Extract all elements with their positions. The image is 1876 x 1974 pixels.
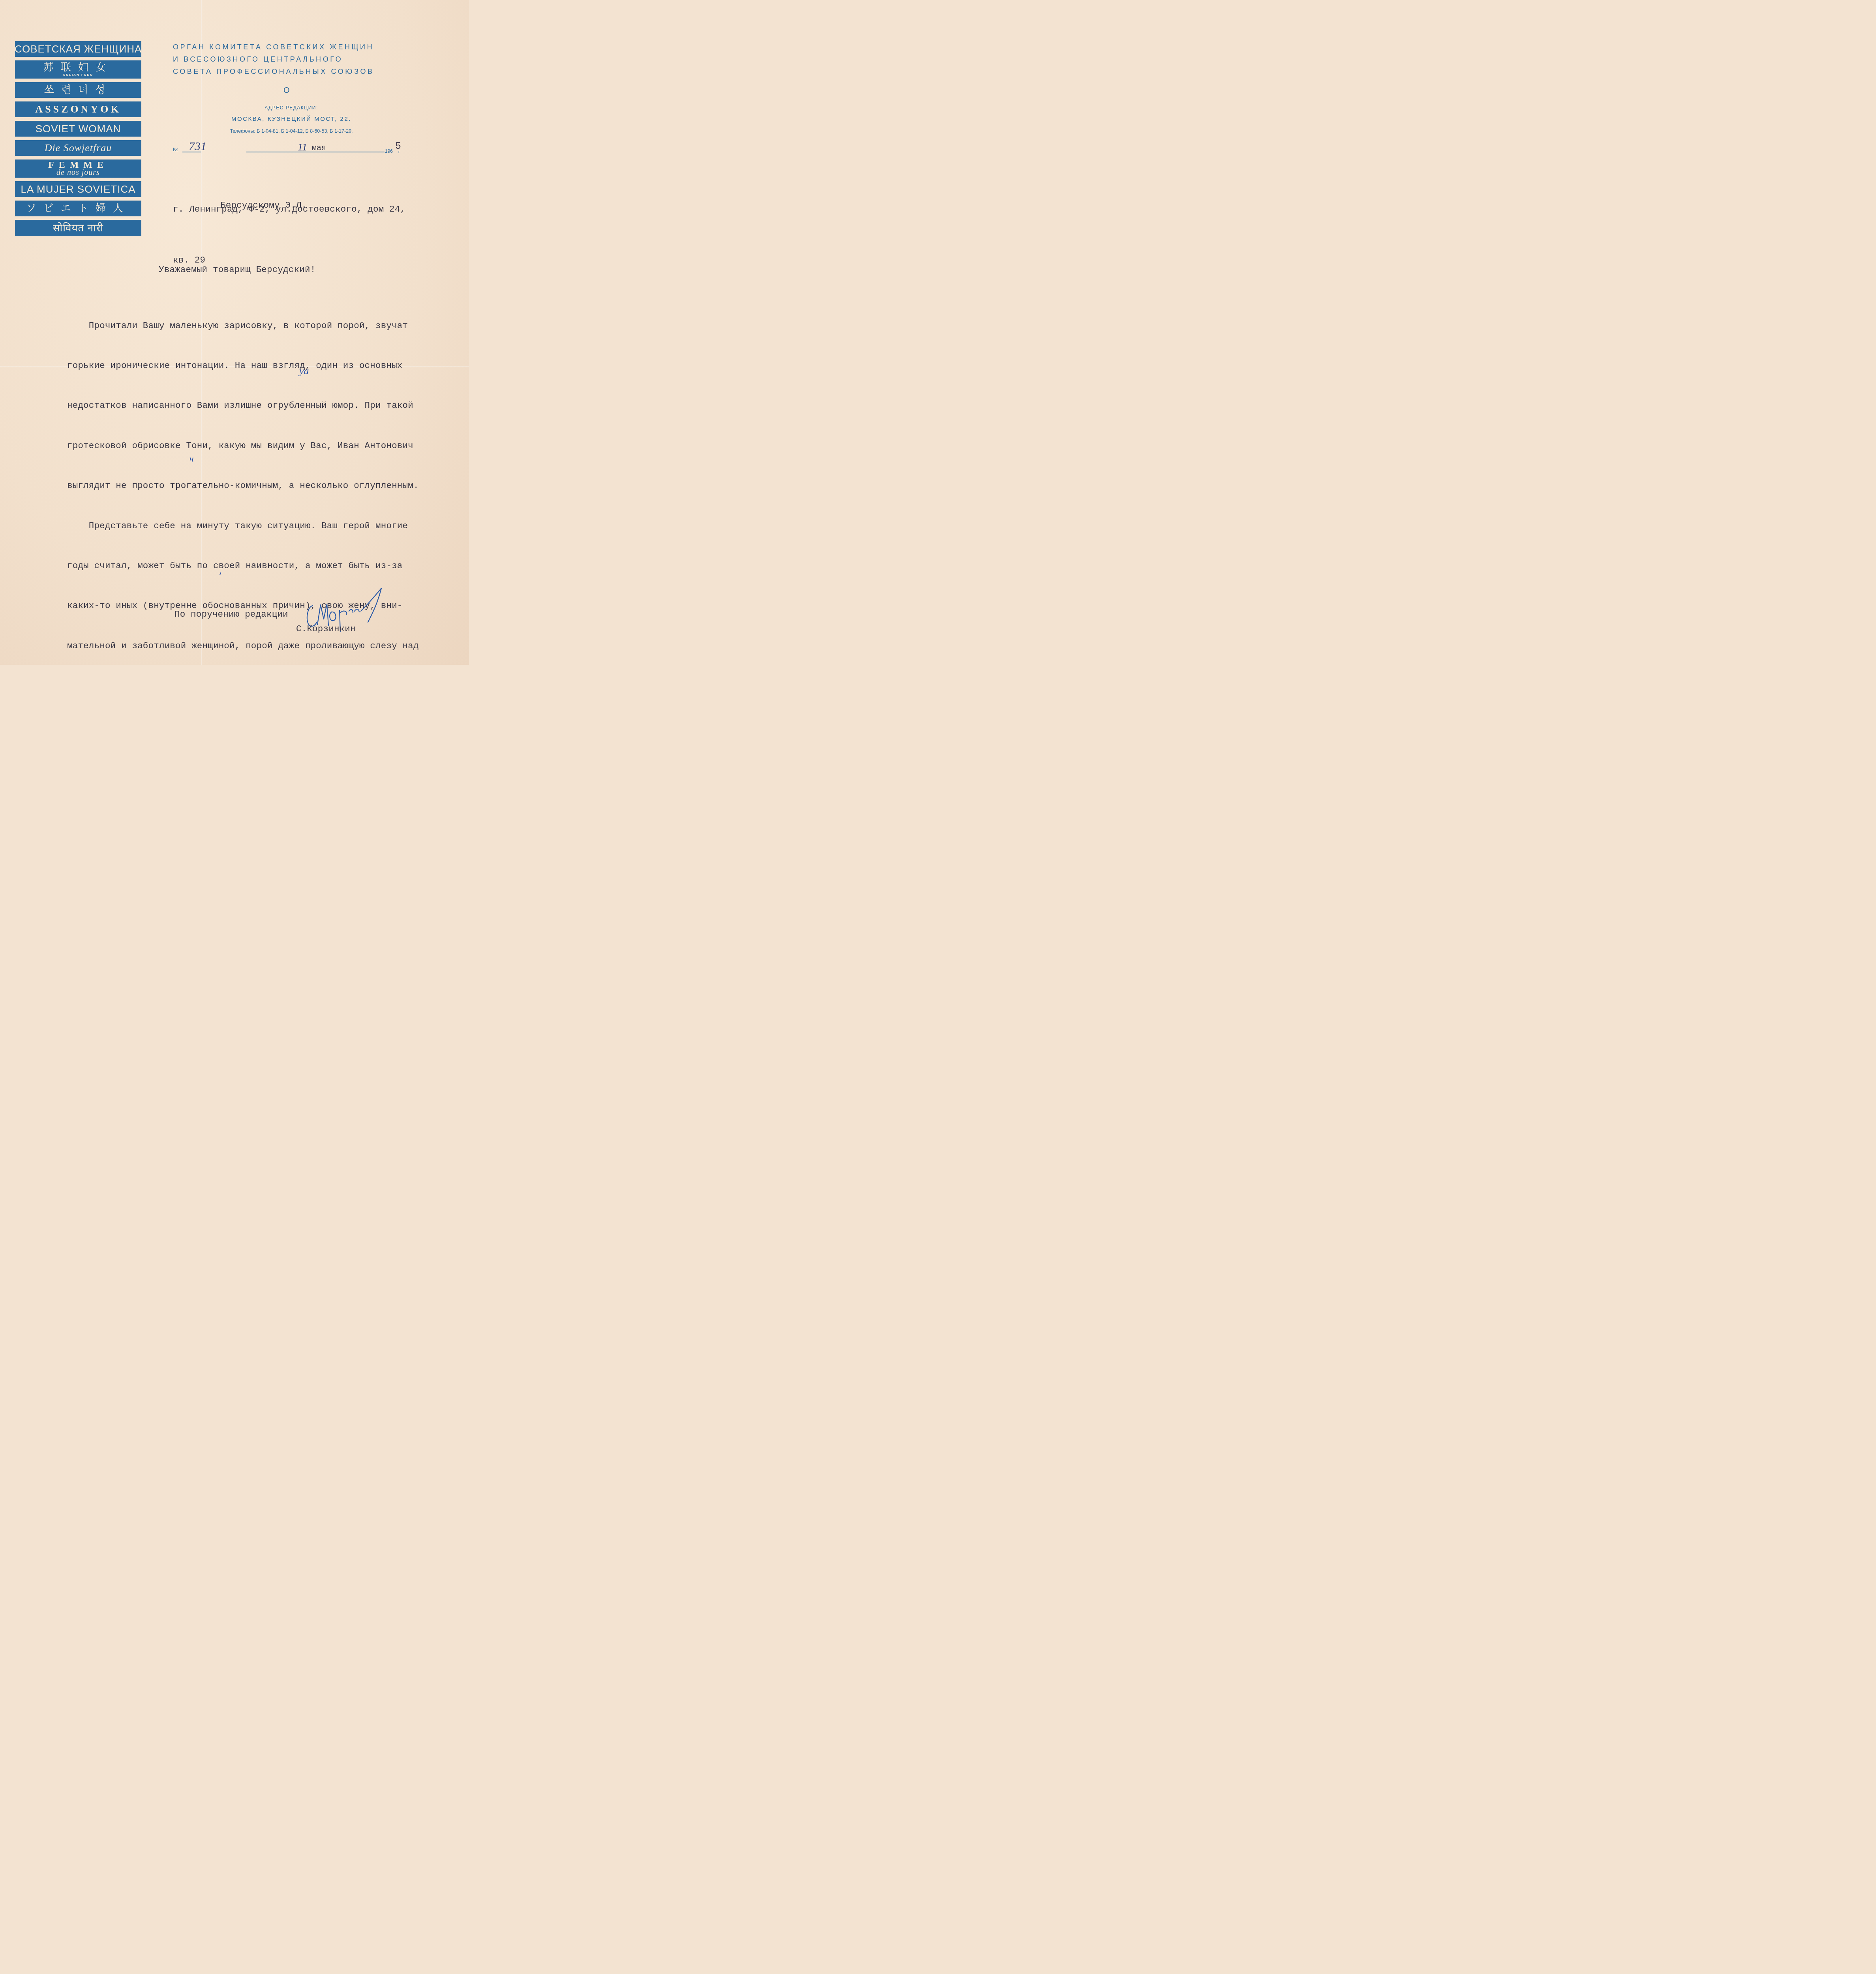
editorial-address: МОСКВА, КУЗНЕЦКИЙ МОСТ, 22. bbox=[173, 116, 410, 122]
masthead-title-fr: FEMME de nos jours bbox=[15, 159, 141, 178]
body-line: горькие иронические интонации. На наш вз… bbox=[67, 359, 424, 373]
date-day: 11 bbox=[298, 141, 307, 153]
circle-separator-icon: О bbox=[283, 86, 290, 95]
date-month: мая bbox=[312, 144, 326, 153]
masthead-title-es: LA MUJER SOVIETICA bbox=[15, 181, 141, 197]
masthead-title-ko: 쏘련녀성 bbox=[15, 82, 141, 98]
org-line-2: И ВСЕСОЮЗНОГО ЦЕНТРАЛЬНОГО bbox=[173, 53, 374, 66]
masthead-title-ru: СОВЕТСКАЯ ЖЕНЩИНА bbox=[15, 41, 141, 57]
letter-number: 731 bbox=[189, 140, 206, 153]
handwritten-correction: , bbox=[219, 565, 222, 576]
masthead-title-hu: ASSZONYOK bbox=[15, 101, 141, 117]
masthead-title-de: Die Sowjetfrau bbox=[15, 140, 141, 156]
masthead-title-zh: 苏联妇女 SULIAN FUNU bbox=[15, 60, 141, 79]
magazine-masthead: СОВЕТСКАЯ ЖЕНЩИНА 苏联妇女 SULIAN FUNU 쏘련녀성 … bbox=[15, 41, 141, 239]
body-line: Прочитали Вашу маленькую зарисовку, в ко… bbox=[67, 319, 424, 333]
org-line-1: ОРГАН КОМИТЕТА СОВЕТСКИХ ЖЕНЩИН bbox=[173, 41, 374, 53]
masthead-title-hi: सोवियत नारी bbox=[15, 220, 141, 236]
signer-name: С.Корзинкин bbox=[296, 624, 356, 634]
handwritten-correction: уа bbox=[299, 365, 309, 377]
recipient-name: Берсудскому Э.Л. bbox=[220, 200, 307, 210]
handwritten-correction: ч bbox=[189, 454, 194, 464]
body-line: Представьте себе на минуту такую ситуаци… bbox=[67, 520, 424, 533]
body-line: недостатков написанного Вами излишне огр… bbox=[67, 399, 424, 413]
phone-numbers: Телефоны: Б 1-04-81, Б 1-04-12, Б 8-60-5… bbox=[173, 128, 410, 134]
number-sign: № bbox=[173, 146, 178, 152]
year-prefix: 196 bbox=[385, 148, 393, 154]
address-label: АДРЕС РЕДАКЦИИ: bbox=[173, 105, 410, 111]
closing-line: По поручению редакции bbox=[174, 609, 288, 619]
body-line: гротесковой обрисовке Тони, какую мы вид… bbox=[67, 439, 424, 453]
masthead-title-en: SOVIET WOMAN bbox=[15, 121, 141, 137]
masthead-title-ja: ソビエト婦人 bbox=[15, 201, 141, 216]
salutation: Уважаемый товарищ Берсудский! bbox=[159, 265, 315, 275]
body-line: выглядит не просто трогательно-комичным,… bbox=[67, 479, 424, 493]
reference-line: № 731 11 мая 196 5 г. bbox=[173, 141, 410, 153]
organization-heading: ОРГАН КОМИТЕТА СОВЕТСКИХ ЖЕНЩИН И ВСЕСОЮ… bbox=[173, 41, 374, 78]
org-line-3: СОВЕТА ПРОФЕССИОНАЛЬНЫХ СОЮЗОВ bbox=[173, 66, 374, 78]
body-line: мательной и заботливой женщиной, порой д… bbox=[67, 640, 424, 653]
body-line: годы считал, может быть по своей наивнос… bbox=[67, 559, 424, 573]
year-suffix: г. bbox=[398, 150, 400, 154]
